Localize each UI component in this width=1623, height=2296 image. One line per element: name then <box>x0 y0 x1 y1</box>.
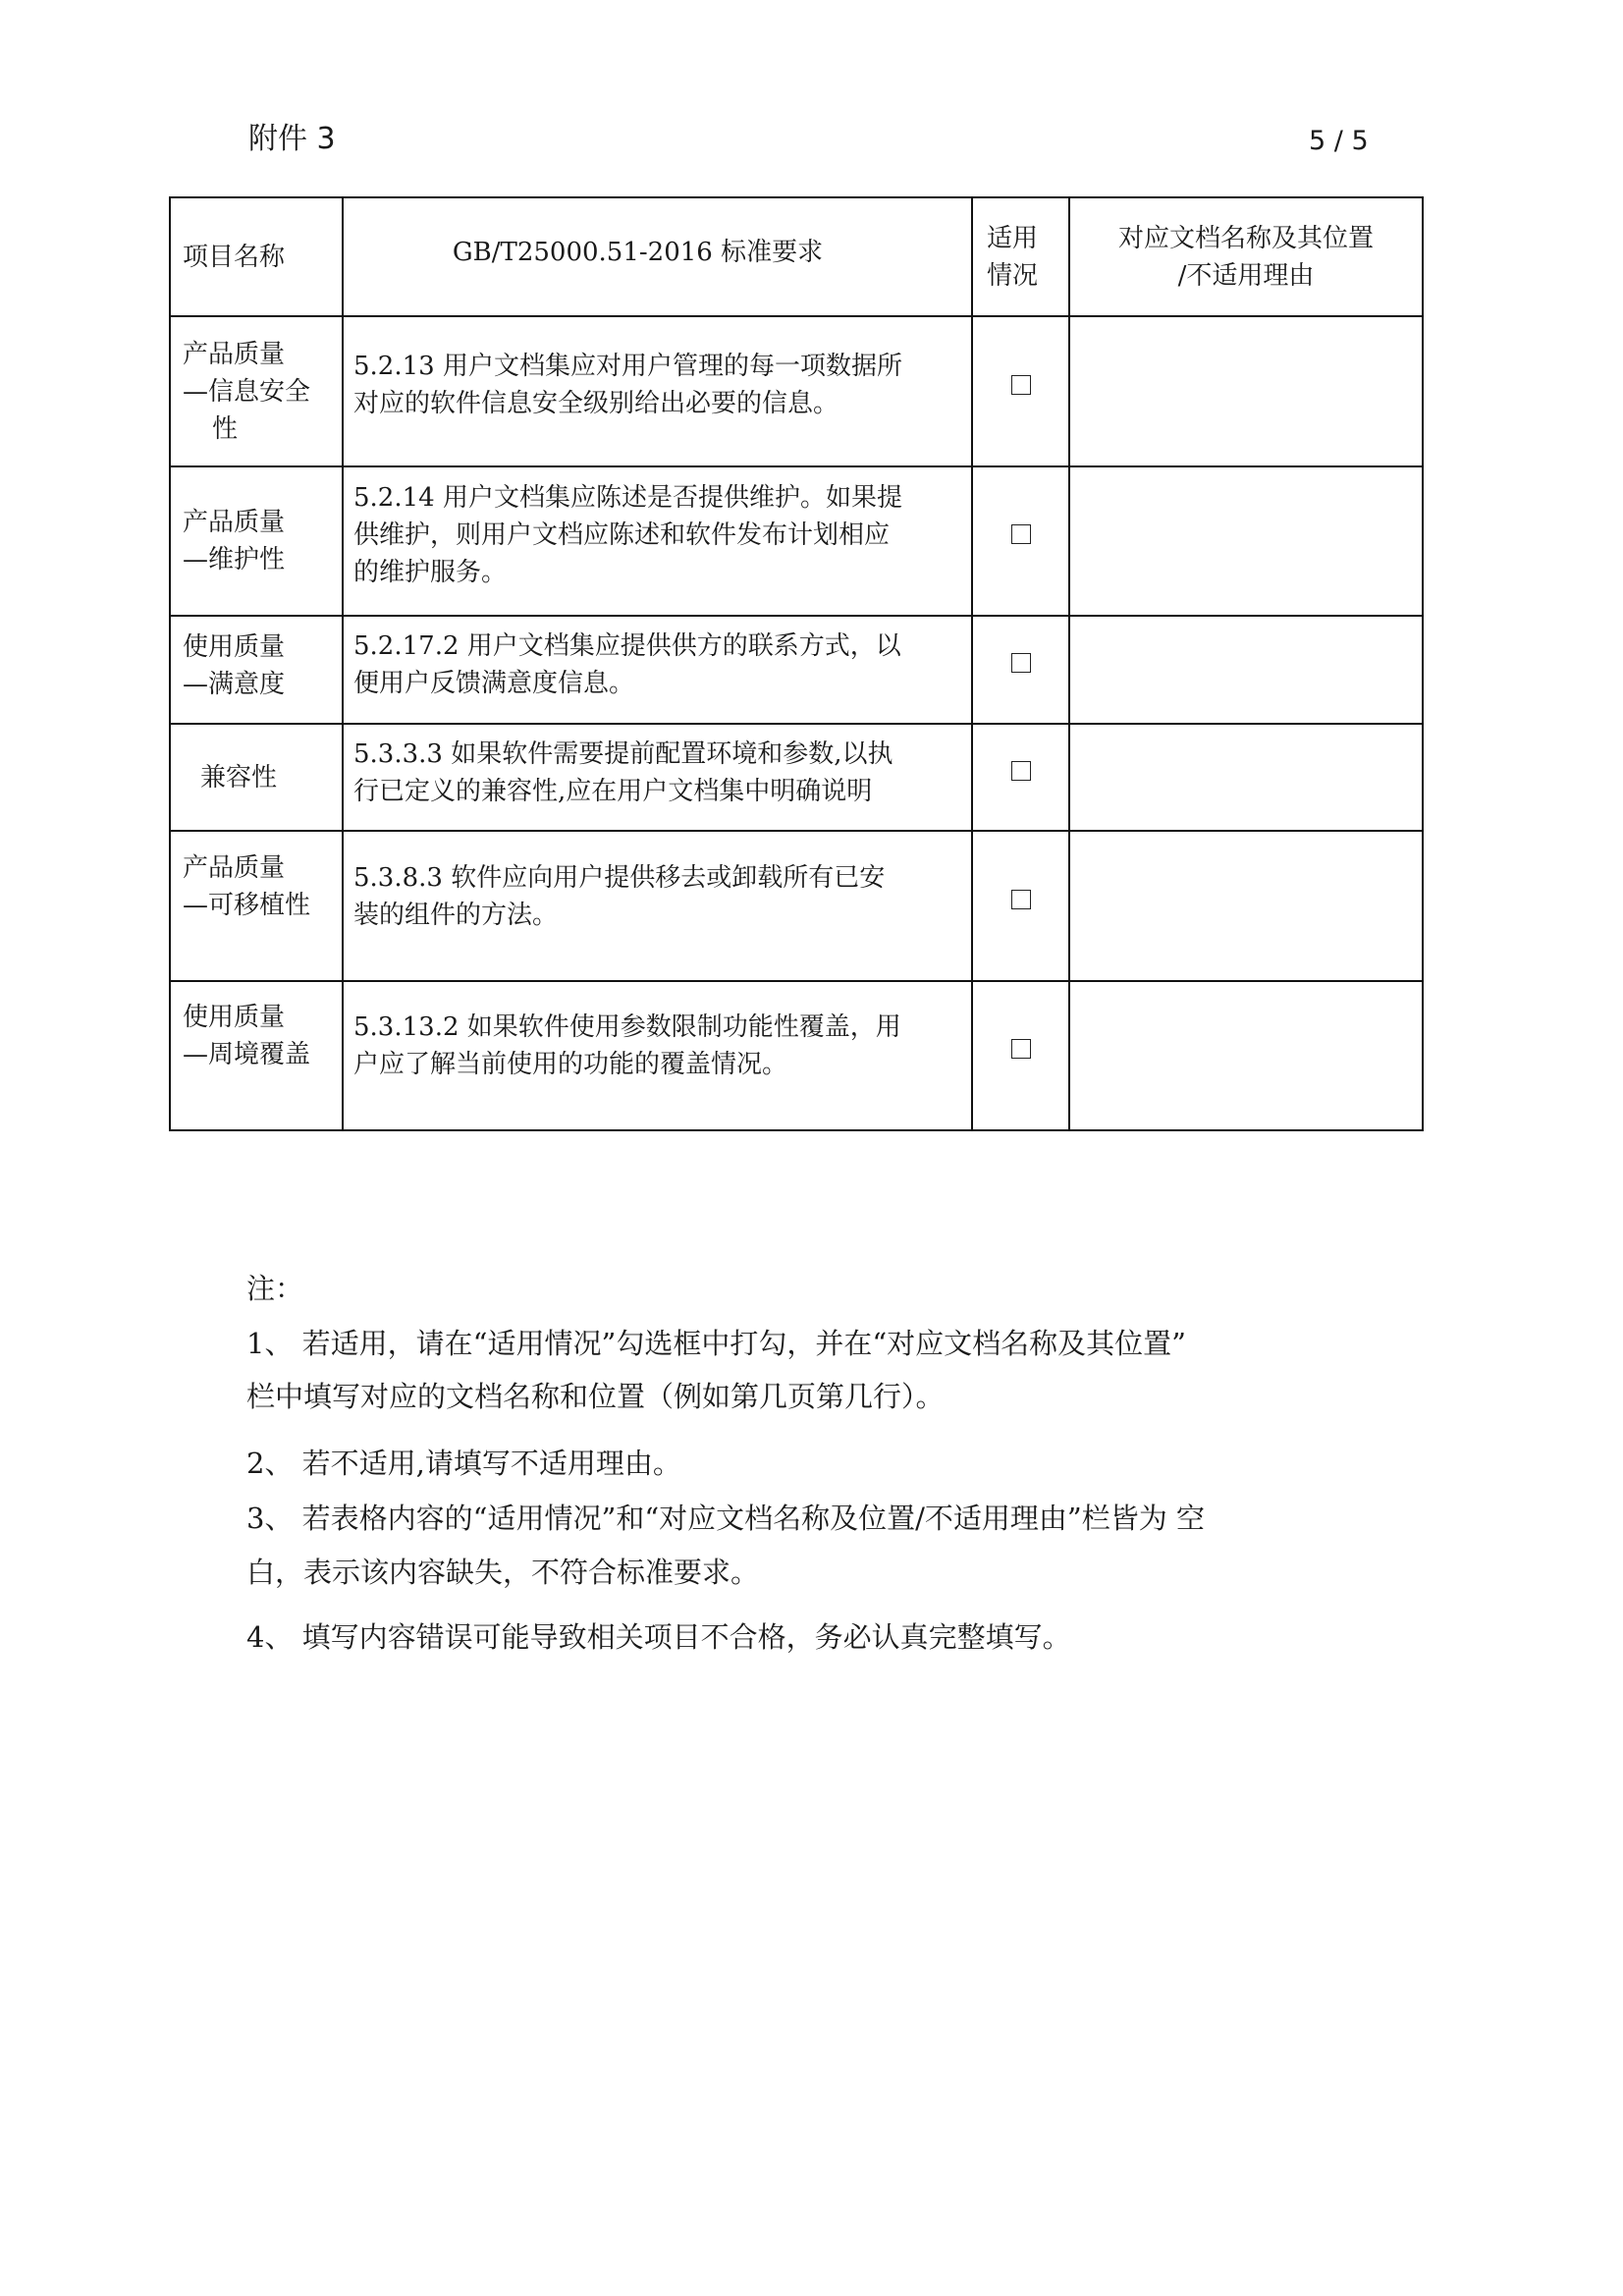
requirement-line: 5.2.14 用户文档集应陈述是否提供维护。如果提 <box>353 479 963 517</box>
header-requirement: GB/T25000.51-2016 标准要求 <box>343 197 972 316</box>
doc-location-cell[interactable] <box>1069 981 1423 1130</box>
requirement-line: 5.3.3.3 如果软件需要提前配置环境和参数,以执 <box>353 736 963 773</box>
note-line: 4、 填写内容错误可能导致相关项目不合格，务必认真完整填写。 <box>246 1617 1071 1657</box>
applicable-cell <box>972 316 1069 466</box>
item-name-line: 产品质量 <box>183 849 338 887</box>
doc-location-cell[interactable] <box>1069 316 1423 466</box>
applicable-cell <box>972 724 1069 831</box>
header-doc-location-line2: /不适用理由 <box>1070 257 1422 295</box>
item-name-cell: 使用质量 —满意度 <box>170 616 343 724</box>
requirement-line: 便用户反馈满意度信息。 <box>353 665 963 702</box>
requirement-cell: 5.3.8.3 软件应向用户提供移去或卸载所有已安 装的组件的方法。 <box>343 831 972 981</box>
requirement-cell: 5.2.17.2 用户文档集应提供供方的联系方式，以 便用户反馈满意度信息。 <box>343 616 972 724</box>
note-line: 2、 若不适用,请填写不适用理由。 <box>246 1444 681 1483</box>
header-doc-location: 对应文档名称及其位置 /不适用理由 <box>1069 197 1423 316</box>
applicable-cell <box>972 616 1069 724</box>
applicable-checkbox[interactable] <box>1011 653 1031 673</box>
requirement-line: 行已定义的兼容性,应在用户文档集中明确说明 <box>353 773 963 810</box>
item-name-line: 兼容性 <box>183 759 338 796</box>
applicable-cell <box>972 831 1069 981</box>
header-applicability: 适用 情况 <box>972 197 1069 316</box>
requirement-line: 5.3.13.2 如果软件使用参数限制功能性覆盖，用 <box>353 1009 963 1046</box>
requirement-line: 的维护服务。 <box>353 554 963 591</box>
table-row: 产品质量 —维护性 5.2.14 用户文档集应陈述是否提供维护。如果提 供维护，… <box>170 466 1423 616</box>
requirement-cell: 5.3.13.2 如果软件使用参数限制功能性覆盖，用 户应了解当前使用的功能的覆… <box>343 981 972 1130</box>
requirement-line: 对应的软件信息安全级别给出必要的信息。 <box>353 385 963 422</box>
applicable-checkbox[interactable] <box>1011 375 1031 395</box>
attachment-label: 附件 3 <box>248 120 336 159</box>
table-row: 产品质量 —信息安全 性 5.2.13 用户文档集应对用户管理的每一项数据所 对… <box>170 316 1423 466</box>
page-indicator: 5 / 5 <box>1309 122 1369 161</box>
table-header-row: 项目名称 GB/T25000.51-2016 标准要求 适用 情况 对应文档名称… <box>170 197 1423 316</box>
table-row: 使用质量 —周境覆盖 5.3.13.2 如果软件使用参数限制功能性覆盖，用 户应… <box>170 981 1423 1130</box>
doc-location-cell[interactable] <box>1069 831 1423 981</box>
table-row: 产品质量 —可移植性 5.3.8.3 软件应向用户提供移去或卸载所有已安 装的组… <box>170 831 1423 981</box>
header-item-name-label: 项目名称 <box>183 239 338 276</box>
item-name-line: —信息安全 <box>183 373 338 410</box>
header-item-name: 项目名称 <box>170 197 343 316</box>
item-name-cell: 产品质量 —维护性 <box>170 466 343 616</box>
item-name-line: —维护性 <box>183 541 338 578</box>
table-row: 使用质量 —满意度 5.2.17.2 用户文档集应提供供方的联系方式，以 便用户… <box>170 616 1423 724</box>
item-name-line: 产品质量 <box>183 504 338 541</box>
requirement-cell: 5.3.3.3 如果软件需要提前配置环境和参数,以执 行已定义的兼容性,应在用户… <box>343 724 972 831</box>
header-requirement-label: GB/T25000.51-2016 标准要求 <box>344 234 971 271</box>
item-name-line: —满意度 <box>183 666 338 703</box>
applicable-checkbox[interactable] <box>1011 524 1031 544</box>
header-doc-location-line1: 对应文档名称及其位置 <box>1070 220 1422 257</box>
item-name-line: —可移植性 <box>183 887 338 924</box>
applicable-cell <box>972 981 1069 1130</box>
item-name-line: 产品质量 <box>183 336 338 373</box>
header-applicability-line1: 适用 <box>973 220 1068 257</box>
notes-title: 注： <box>246 1269 303 1308</box>
requirement-cell: 5.2.14 用户文档集应陈述是否提供维护。如果提 供维护，则用户文档应陈述和软… <box>343 466 972 616</box>
doc-location-cell[interactable] <box>1069 616 1423 724</box>
requirement-line: 5.3.8.3 软件应向用户提供移去或卸载所有已安 <box>353 859 963 897</box>
requirements-table: 项目名称 GB/T25000.51-2016 标准要求 适用 情况 对应文档名称… <box>169 196 1424 1131</box>
applicable-checkbox[interactable] <box>1011 1039 1031 1059</box>
note-line: 白，表示该内容缺失，不符合标准要求。 <box>246 1553 759 1592</box>
requirement-line: 5.2.13 用户文档集应对用户管理的每一项数据所 <box>353 348 963 385</box>
item-name-line: —周境覆盖 <box>183 1036 338 1073</box>
requirement-line: 户应了解当前使用的功能的覆盖情况。 <box>353 1046 963 1083</box>
requirement-line: 装的组件的方法。 <box>353 897 963 934</box>
table-row: 兼容性 5.3.3.3 如果软件需要提前配置环境和参数,以执 行已定义的兼容性,… <box>170 724 1423 831</box>
doc-location-cell[interactable] <box>1069 466 1423 616</box>
item-name-line: 性 <box>183 410 338 448</box>
item-name-cell: 兼容性 <box>170 724 343 831</box>
note-line: 3、 若表格内容的“适用情况”和“对应文档名称及位置/不适用理由”栏皆为 空 <box>246 1499 1205 1538</box>
applicable-cell <box>972 466 1069 616</box>
requirement-line: 5.2.17.2 用户文档集应提供供方的联系方式，以 <box>353 628 963 665</box>
applicable-checkbox[interactable] <box>1011 890 1031 909</box>
doc-location-cell[interactable] <box>1069 724 1423 831</box>
applicable-checkbox[interactable] <box>1011 761 1031 781</box>
header-applicability-line2: 情况 <box>973 257 1068 295</box>
requirement-line: 供维护，则用户文档应陈述和软件发布计划相应 <box>353 517 963 554</box>
item-name-cell: 使用质量 —周境覆盖 <box>170 981 343 1130</box>
note-line: 1、 若适用，请在“适用情况”勾选框中打勾，并在“对应文档名称及其位置” <box>246 1324 1186 1363</box>
item-name-line: 使用质量 <box>183 629 338 666</box>
item-name-line: 使用质量 <box>183 999 338 1036</box>
note-line: 栏中填写对应的文档名称和位置（例如第几页第几行）。 <box>246 1377 945 1416</box>
item-name-cell: 产品质量 —信息安全 性 <box>170 316 343 466</box>
requirement-cell: 5.2.13 用户文档集应对用户管理的每一项数据所 对应的软件信息安全级别给出必… <box>343 316 972 466</box>
item-name-cell: 产品质量 —可移植性 <box>170 831 343 981</box>
